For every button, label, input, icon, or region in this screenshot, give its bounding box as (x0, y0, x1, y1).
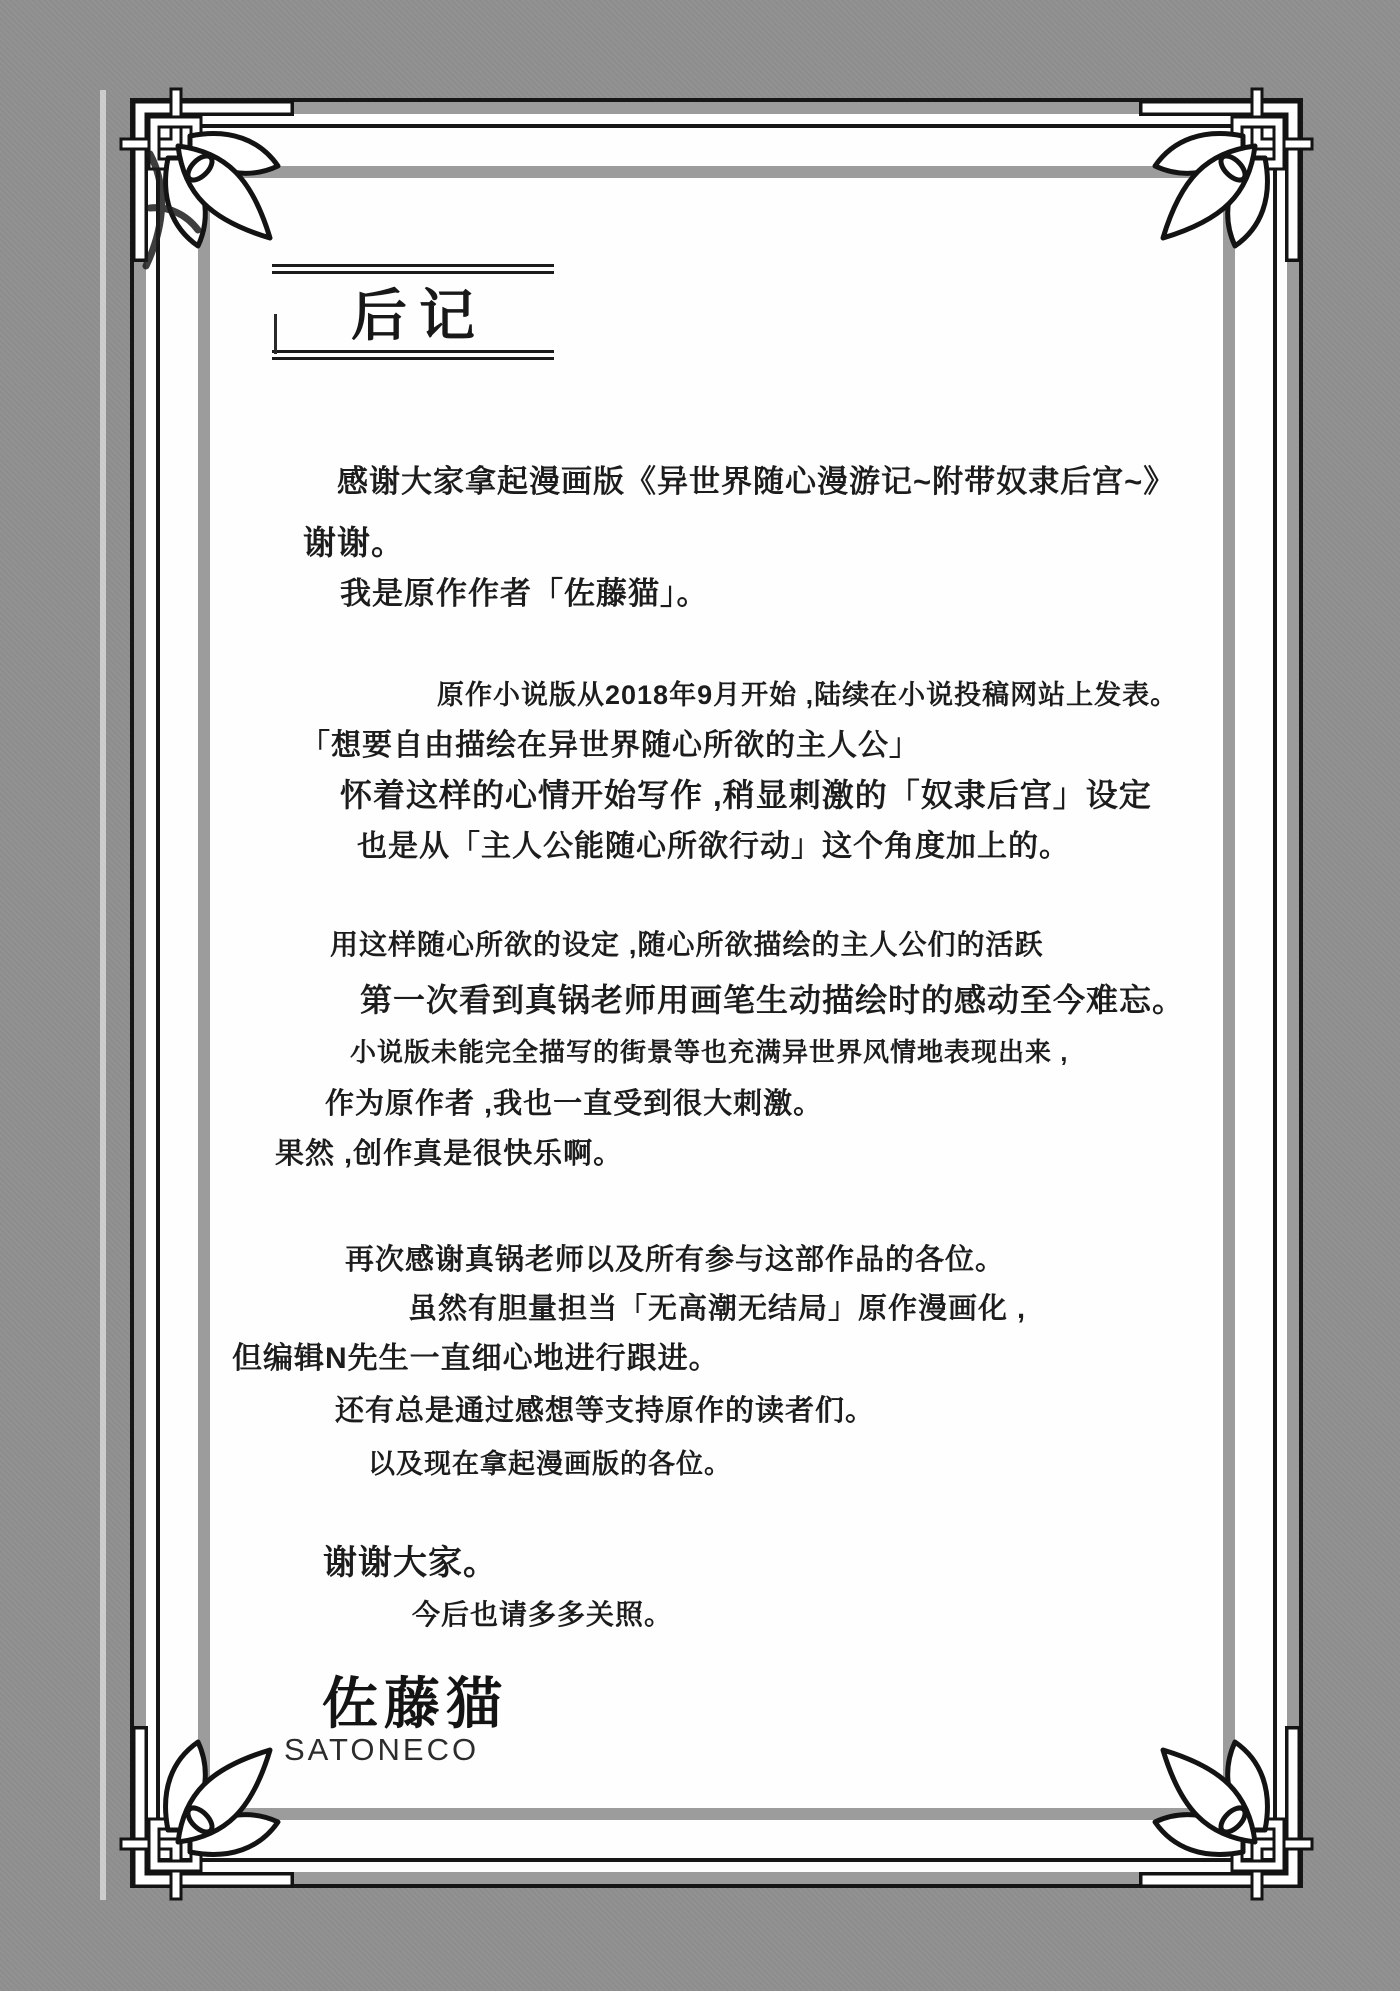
afterword-line: 「想要自由描绘在异世界随心所欲的主人公」 (300, 731, 920, 761)
page-edge-highlight (100, 90, 106, 1900)
author-signature-romaji: SATONECO (284, 1734, 479, 1765)
afterword-line: 谢谢大家。 (323, 1546, 498, 1580)
afterword-line: 小说版未能完全描写的街景等也充满异世界风情地表现出来 , (350, 1039, 1068, 1065)
afterword-line: 怀着这样的心情开始写作 ,稍显刺激的「奴隶后宫」设定 (340, 779, 1152, 811)
afterword-title: 后记 (339, 272, 487, 352)
afterword-line: 原作小说版从2018年9月开始 ,陆续在小说投稿网站上发表。 (437, 682, 1178, 709)
author-signature: 佐藤猫 (322, 1676, 508, 1732)
afterword-line: 第一次看到真锅老师用画笔生动描绘时的感动至今难忘。 (360, 984, 1185, 1016)
page-curl-artifact (138, 148, 228, 278)
afterword-title-box: 后记 (272, 264, 554, 360)
afterword-line: 今后也请多多关照。 (412, 1601, 673, 1629)
corner-ornament-icon-bottom-right (1135, 1722, 1315, 1902)
afterword-line: 虽然有胆量担当「无高潮无结局」原作漫画化 , (408, 1295, 1026, 1324)
afterword-line: 用这样随心所欲的设定 ,随心所欲描绘的主人公们的活跃 (330, 931, 1044, 959)
page-background: { "colors": { "background": "#8f8f8f", "… (0, 0, 1400, 1991)
afterword-line: 还有总是通过感想等支持原作的读者们。 (335, 1397, 875, 1426)
afterword-line: 我是原作作者「佐藤猫」。 (340, 578, 709, 609)
afterword-line: 谢谢。 (303, 526, 405, 559)
afterword-line: 但编辑N先生一直细心地进行跟进。 (232, 1344, 720, 1374)
afterword-line: 作为原作者 ,我也一直受到很大刺激。 (325, 1090, 823, 1119)
corner-ornament-icon-top-right (1135, 86, 1315, 266)
afterword-line: 以及现在拿起漫画版的各位。 (368, 1451, 732, 1478)
afterword-line: 果然 ,创作真是很快乐啊。 (275, 1140, 623, 1169)
afterword-line: 也是从「主人公能随心所欲行动」这个角度加上的。 (357, 832, 1070, 862)
corner-ornament-icon-bottom-left (118, 1722, 298, 1902)
afterword-line: 再次感谢真锅老师以及所有参与这部作品的各位。 (345, 1246, 1005, 1275)
afterword-line: 感谢大家拿起漫画版《异世界随心漫游记~附带奴隶后宫~》 (337, 466, 1175, 497)
title-box-tick (274, 314, 277, 354)
